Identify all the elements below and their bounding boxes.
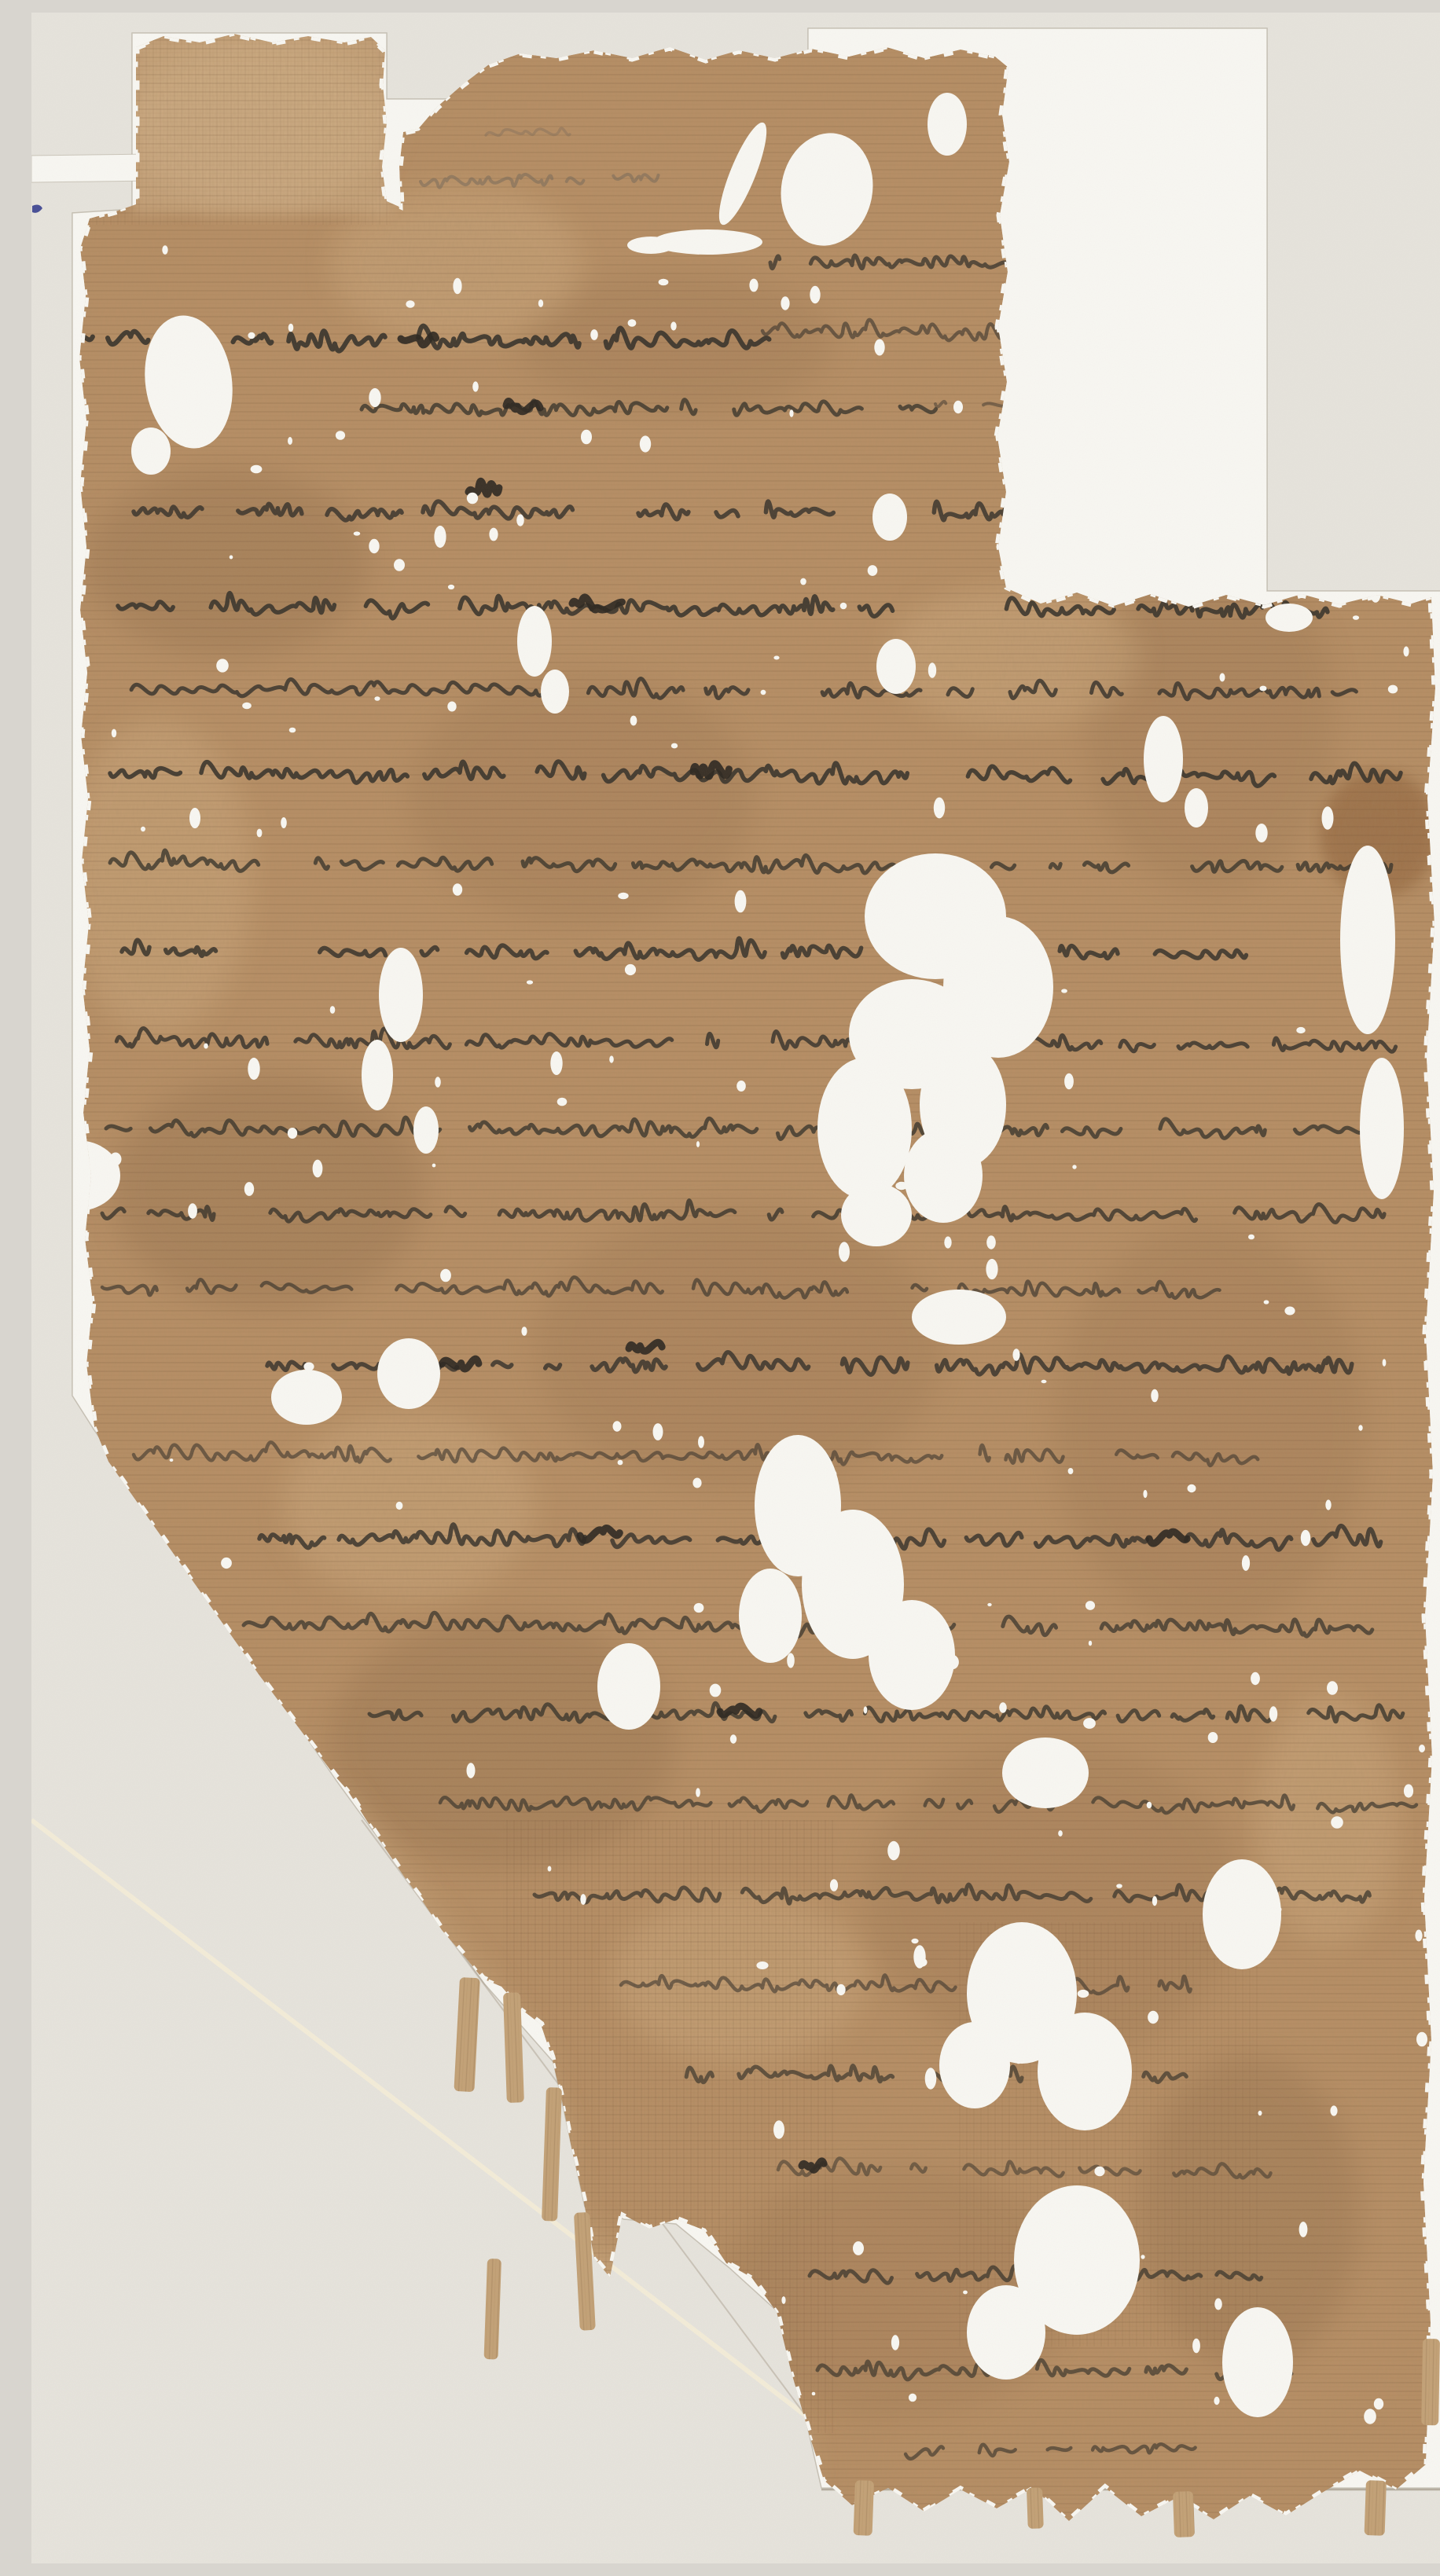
paper-grain	[31, 13, 1440, 2563]
papyrus-scan: Papyrus fragment with cursive script Sca…	[31, 13, 1440, 2563]
